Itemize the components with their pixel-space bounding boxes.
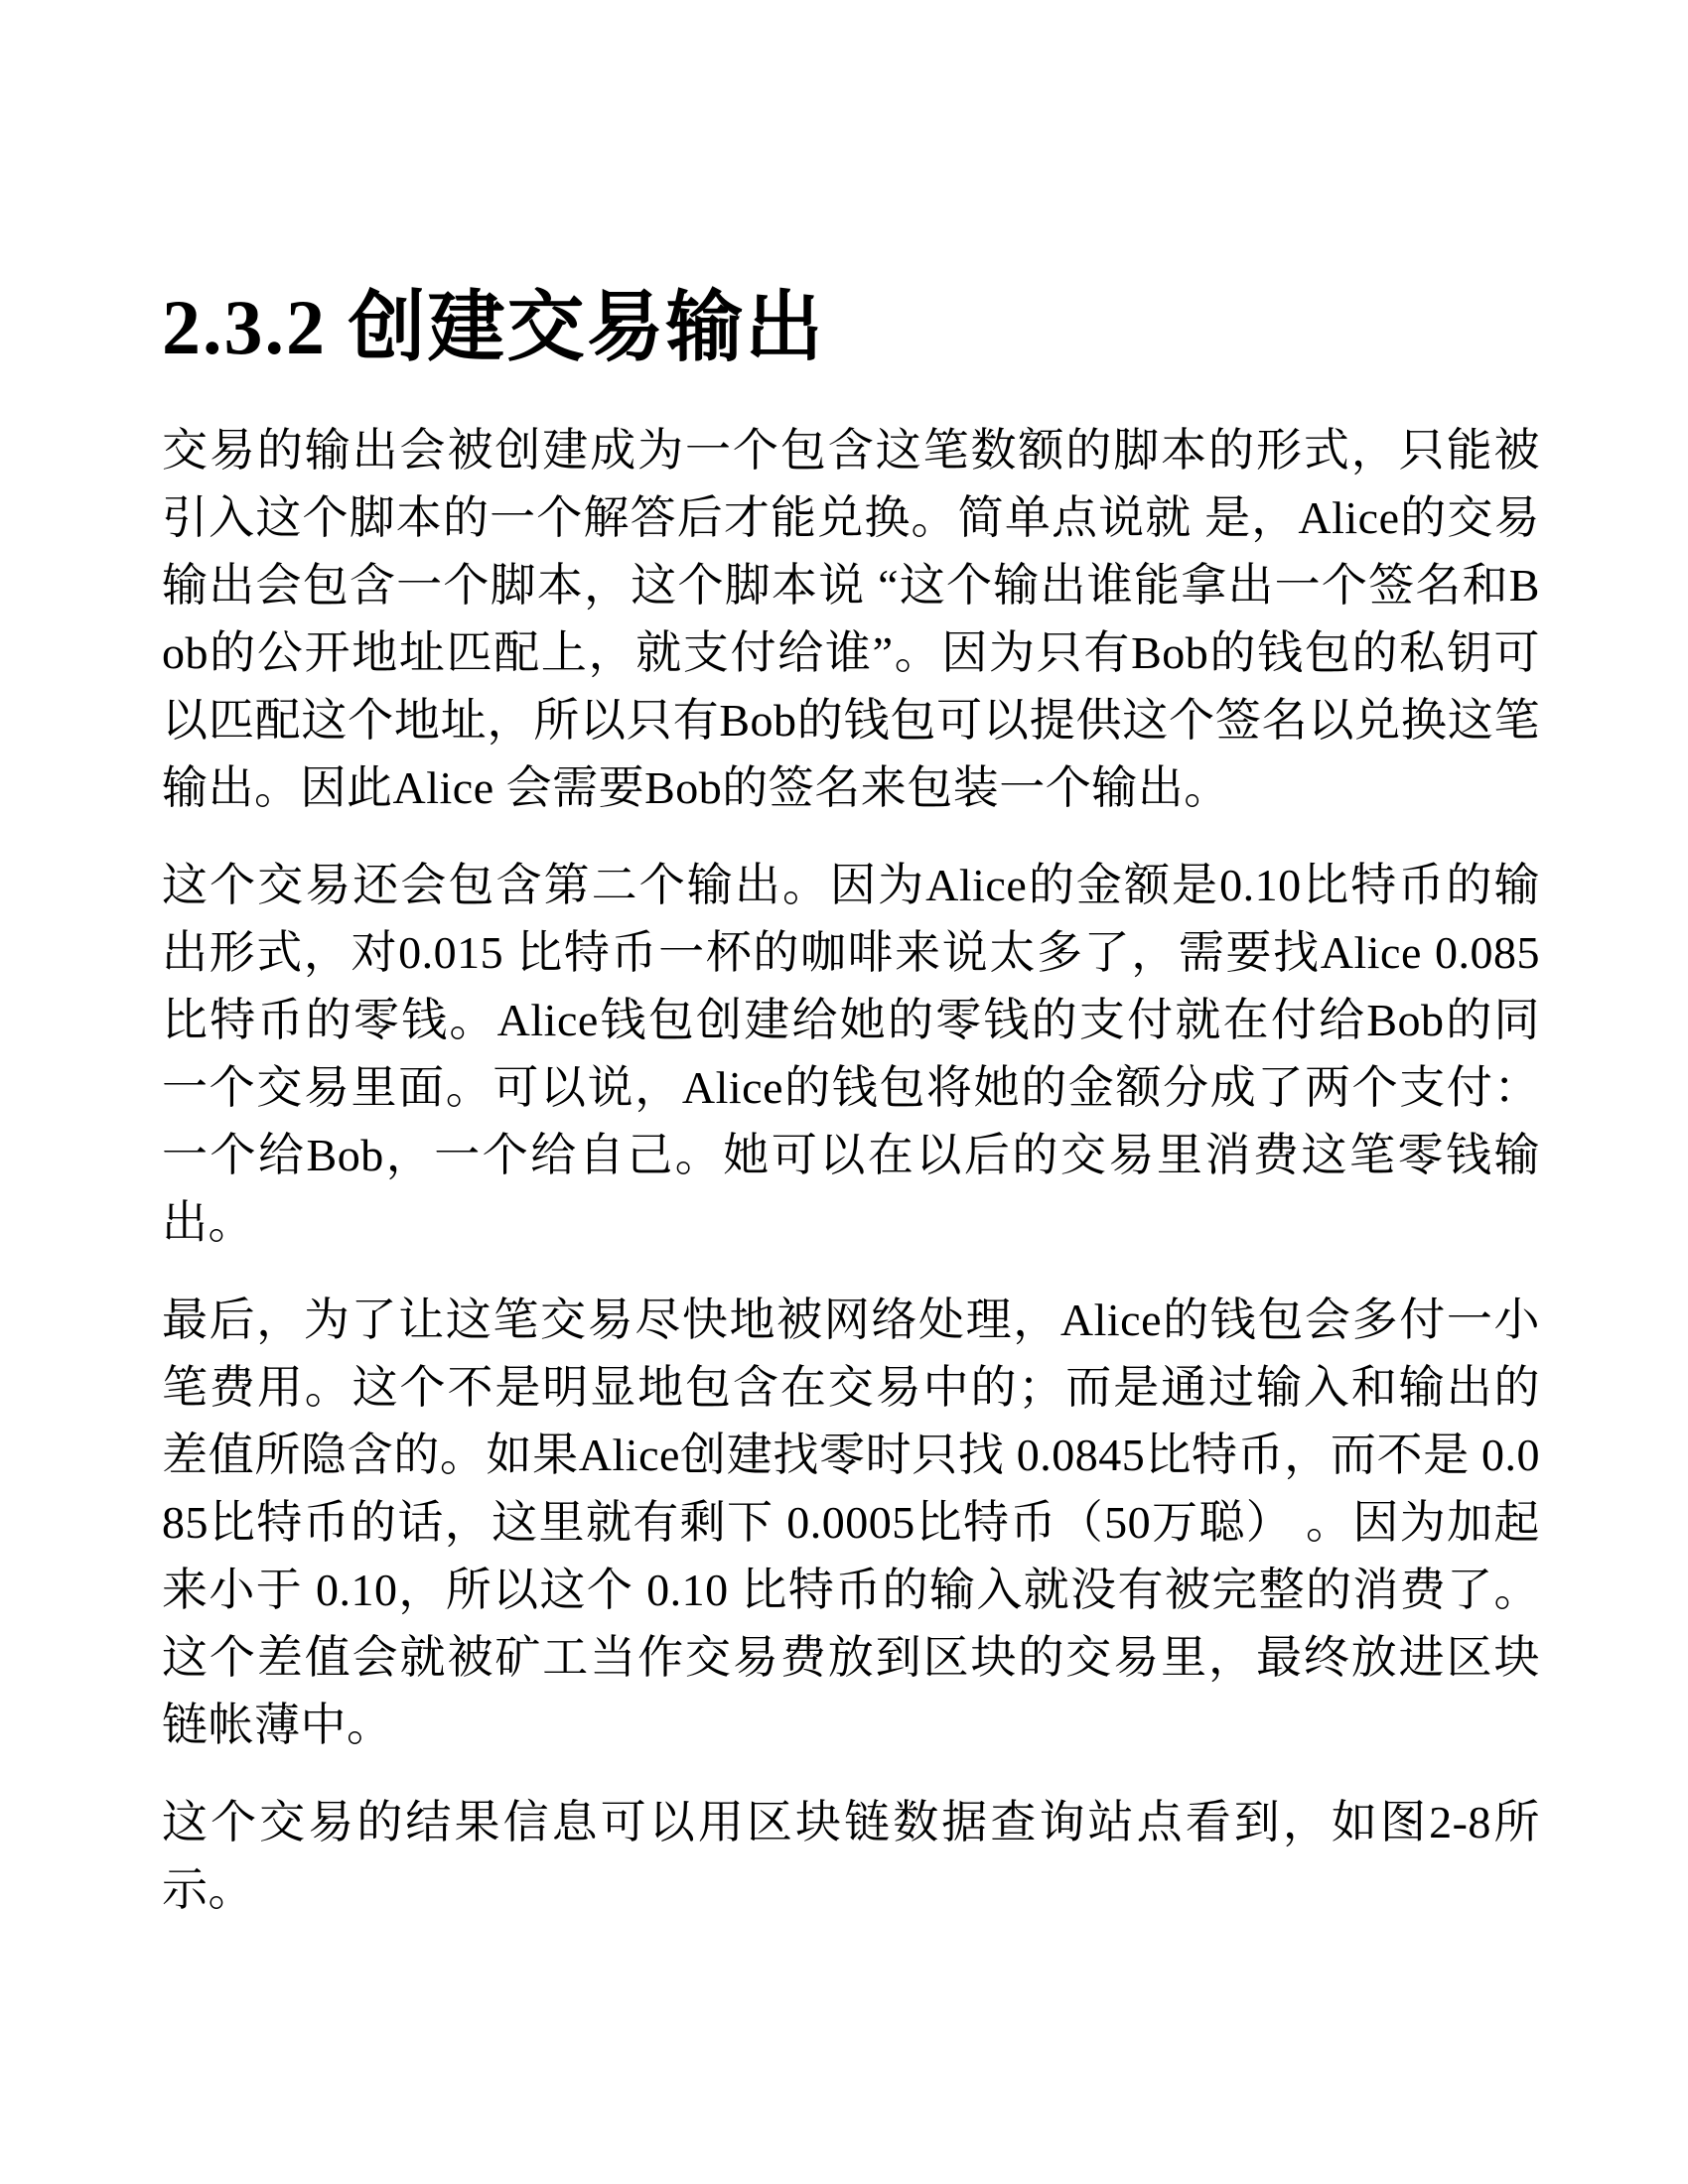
document-page: 2.3.2 创建交易输出 交易的输出会被创建成为一个包含这笔数额的脚本的形式，只… (0, 0, 1688, 2184)
document-body: 交易的输出会被创建成为一个包含这笔数额的脚本的形式，只能被引入这个脚本的一个解答… (162, 417, 1540, 1924)
paragraph-second-output-change: 这个交易还会包含第二个输出。因为Alice的金额是0.10比特币的输出形式，对0… (162, 852, 1540, 1257)
paragraph-figure-reference: 这个交易的结果信息可以用区块链数据查询站点看到，如图2-8所示。 (162, 1789, 1540, 1924)
paragraph-transaction-output-script: 交易的输出会被创建成为一个包含这笔数额的脚本的形式，只能被引入这个脚本的一个解答… (162, 417, 1540, 822)
section-heading: 2.3.2 创建交易输出 (162, 283, 1540, 372)
paragraph-transaction-fee: 最后，为了让这笔交易尽快地被网络处理，Alice的钱包会多付一小笔费用。这个不是… (162, 1287, 1540, 1759)
